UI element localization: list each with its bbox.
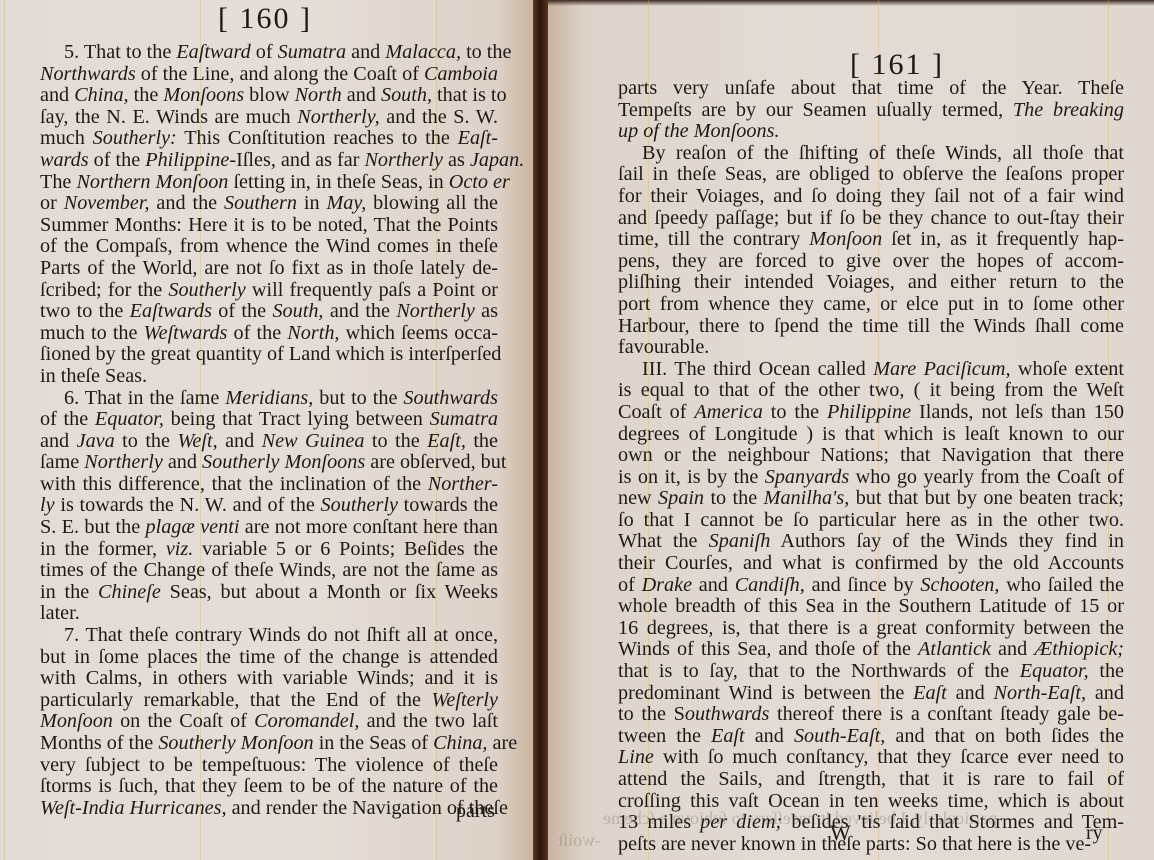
text-line: Weſt-India Hurricanes, and render the Na… [40,798,498,820]
text-line: much Southerly: This Conſtitution reache… [40,128,498,150]
text-line: attend the Sails, and ſtrength, that it … [618,769,1124,791]
text-line: port from whence they came, or elce put … [618,294,1124,316]
bleed-through-text: -woiſt [558,830,601,851]
right-page: [ 161 ] parts very unſafe about that tim… [548,0,1154,860]
text-line: ſame Northerly and Southerly Monſoons ar… [40,452,498,474]
text-line: tween the Eaſt and South-Eaſt, and that … [618,726,1124,748]
text-line: ſioned by the great quantity of Land whi… [40,344,498,366]
text-line: in the former, viz. variable 5 or 6 Poin… [40,539,498,561]
text-line: ſcribed; for the Southerly will frequent… [40,280,498,302]
text-line: and ſpeedy paſſage; but if ſo be they ch… [618,208,1124,230]
catchword-left: parts [456,800,495,823]
text-line: with this difference, that the inclinati… [40,474,498,496]
text-line: much to the Weſtwards of the North, whic… [40,323,498,345]
text-line: Northwards of the Line, and along the Co… [40,64,498,86]
text-line: Monſoon on the Coaſt of Coromandel, and … [40,711,498,733]
text-line: 16 degrees, is, that there is a great co… [618,618,1124,640]
text-line: with Calms, in others with variable Wind… [40,668,498,690]
text-line: Summer Months: Here it is to be noted, T… [40,215,498,237]
book-spread: [ 160 ] 5. That to the Eaſtward of Sumat… [0,0,1154,860]
text-line: in the Chineſe Seas, but about a Month o… [40,582,498,604]
text-line: 6. That in the ſame Meridians, but to th… [40,388,498,410]
text-line: their Courſes, and what is confirmed by … [618,553,1124,575]
page-number-left: [ 160 ] [218,2,312,36]
text-line: whole breadth of this Sea in the Souther… [618,596,1124,618]
text-line: favourable. [618,337,1124,359]
text-line: parts very unſafe about that time of the… [618,78,1124,100]
text-line: of Drake and Candiſh, and ſince by Schoo… [618,575,1124,597]
catchword-right: ry [1086,822,1103,845]
text-line: to the Southwards thereof there is a con… [618,704,1124,726]
text-line: Months of the Southerly Monſoon in the S… [40,733,498,755]
text-line: but in ſome places the time of the chang… [40,647,498,669]
text-line: S. E. but the plagæ venti are not more c… [40,517,498,539]
text-line: pens, they are forced to give over the h… [618,251,1124,273]
left-page-body-text: 5. That to the Eaſtward of Sumatra and M… [40,42,498,819]
text-line: later. [40,603,498,625]
bleed-through-text: particularly, I believed it neceſſary to… [603,808,997,829]
text-line: times of the Change of theſe Winds, are … [40,560,498,582]
text-line: is on it, is by the Spanyards who go yea… [618,467,1124,489]
text-line: 7. That theſe contrary Winds do not ſhif… [40,625,498,647]
text-line: 5. That to the Eaſtward of Sumatra and M… [40,42,498,64]
text-line: particularly remarkable, that the End of… [40,690,498,712]
text-line: Line with ſo much conſtancy, that they ſ… [618,747,1124,769]
text-line: pliſhing their intended Voiages, and eit… [618,272,1124,294]
text-line: Harbour, there to ſpend the time till th… [618,316,1124,338]
text-line: is equal to that of the other two, ( it … [618,380,1124,402]
text-line: Coaſt of America to the Philippine Iland… [618,402,1124,424]
text-line: and Java to the Weſt, and New Guinea to … [40,431,498,453]
text-line: degrees of Longitude ) is that which is … [618,424,1124,446]
text-line: that is to ſay, that to the Northwards o… [618,661,1124,683]
right-page-body-text: parts very unſafe about that time of the… [618,78,1124,855]
text-line: ſtorms is ſuch, that they ſeem to be of … [40,776,498,798]
left-page: [ 160 ] 5. That to the Eaſtward of Sumat… [0,0,540,860]
text-line: ſay, the N. E. Winds are much Northerly,… [40,107,498,129]
text-line: predominant Wind is between the Eaſt and… [618,683,1124,705]
text-line: new Spain to the Manilha's, but that but… [618,488,1124,510]
text-line: wards of the Philippine-Iſles, and as fa… [40,150,498,172]
text-line: ſail in theſe Seas, are obliged to obſer… [618,164,1124,186]
text-line: very ſubject to be tempeſtuous: The viol… [40,755,498,777]
text-line: for their Voiages, and ſo doing they ſai… [618,186,1124,208]
text-line: Winds of this Sea, and thoſe of the Atla… [618,639,1124,661]
text-line: III. The third Ocean called Mare Paciſic… [618,359,1124,381]
text-line: time, till the contrary Monſoon ſet in, … [618,229,1124,251]
text-line: ſo that I cannot be ſo particular here a… [618,510,1124,532]
text-line: or November, and the Southern in May, bl… [40,193,498,215]
text-line: By reaſon of the ſhifting of theſe Winds… [618,143,1124,165]
text-line: Tempeſts are by our Seamen uſually terme… [618,100,1124,122]
text-line: of the Equator, being that Tract lying b… [40,409,498,431]
text-line: of the Compaſs, from whence the Wind com… [40,236,498,258]
text-line: peſts are never known in theſe parts: So… [618,834,1124,856]
text-line: ly is towards the N. W. and of the South… [40,495,498,517]
paper-chain-line [4,0,5,860]
text-line: and China, the Monſoons blow North and S… [40,85,498,107]
text-line: two to the Eaſtwards of the South, and t… [40,301,498,323]
text-line: own or the neighbour Nations; that Navig… [618,445,1124,467]
text-line: What the Spaniſh Authors ſay of the Wind… [618,531,1124,553]
text-line: Parts of the World, are not ſo fixt as i… [40,258,498,280]
text-line: in theſe Seas. [40,366,498,388]
text-line: The Northern Monſoon ſetting in, in theſ… [40,172,498,194]
text-line: up of the Monſoons. [618,121,1124,143]
